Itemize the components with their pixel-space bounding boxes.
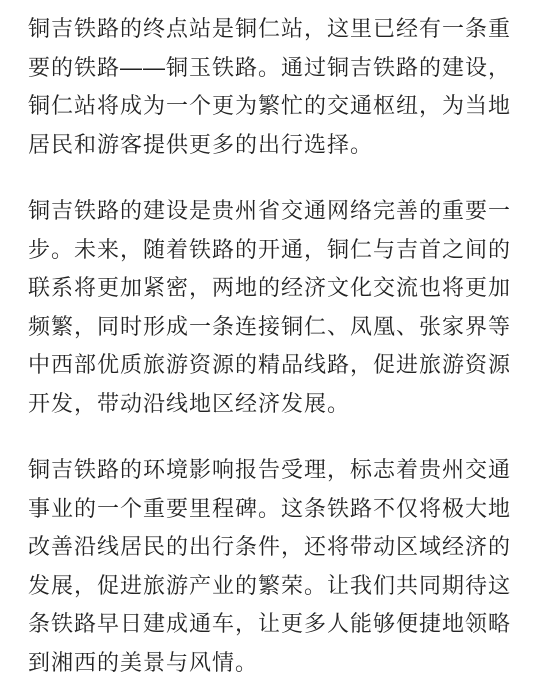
text-line: 联系将更加紧密，两地的经济文化交流也将更加 [28, 269, 513, 308]
article-page: { "page": { "background_color": "#ffffff… [0, 0, 540, 681]
text-line: 频繁，同时形成一条连接铜仁、凤凰、张家界等 [28, 308, 513, 347]
text-line: 事业的一个重要里程碑。这条铁路不仅将极大地 [28, 490, 513, 529]
text-line: 条铁路早日建成通车，让更多人能够便捷地领略 [28, 605, 513, 644]
text-line: 要的铁路——铜玉铁路。通过铜吉铁路的建设， [28, 49, 513, 88]
paragraph: 铜吉铁路的终点站是铜仁站，这里已经有一条重 要的铁路——铜玉铁路。通过铜吉铁路的… [28, 10, 513, 164]
text-line: 铜仁站将成为一个更为繁忙的交通枢纽，为当地 [28, 87, 513, 126]
paragraph: 铜吉铁路的建设是贵州省交通网络完善的重要一 步。未来，随着铁路的开通，铜仁与吉首… [28, 192, 513, 423]
text-line: 到湘西的美景与风情。 [28, 644, 513, 681]
paragraph: 铜吉铁路的环境影响报告受理，标志着贵州交通 事业的一个重要里程碑。这条铁路不仅将… [28, 451, 513, 681]
text-line: 居民和游客提供更多的出行选择。 [28, 126, 513, 165]
text-line: 铜吉铁路的终点站是铜仁站，这里已经有一条重 [28, 10, 513, 49]
text-line: 中西部优质旅游资源的精品线路，促进旅游资源 [28, 346, 513, 385]
text-line: 发展，促进旅游产业的繁荣。让我们共同期待这 [28, 567, 513, 606]
text-line: 开发，带动沿线地区经济发展。 [28, 385, 513, 424]
text-line: 步。未来，随着铁路的开通，铜仁与吉首之间的 [28, 231, 513, 270]
article-body: 铜吉铁路的终点站是铜仁站，这里已经有一条重 要的铁路——铜玉铁路。通过铜吉铁路的… [0, 0, 540, 681]
text-line: 改善沿线居民的出行条件，还将带动区域经济的 [28, 528, 513, 567]
text-line: 铜吉铁路的建设是贵州省交通网络完善的重要一 [28, 192, 513, 231]
text-line: 铜吉铁路的环境影响报告受理，标志着贵州交通 [28, 451, 513, 490]
